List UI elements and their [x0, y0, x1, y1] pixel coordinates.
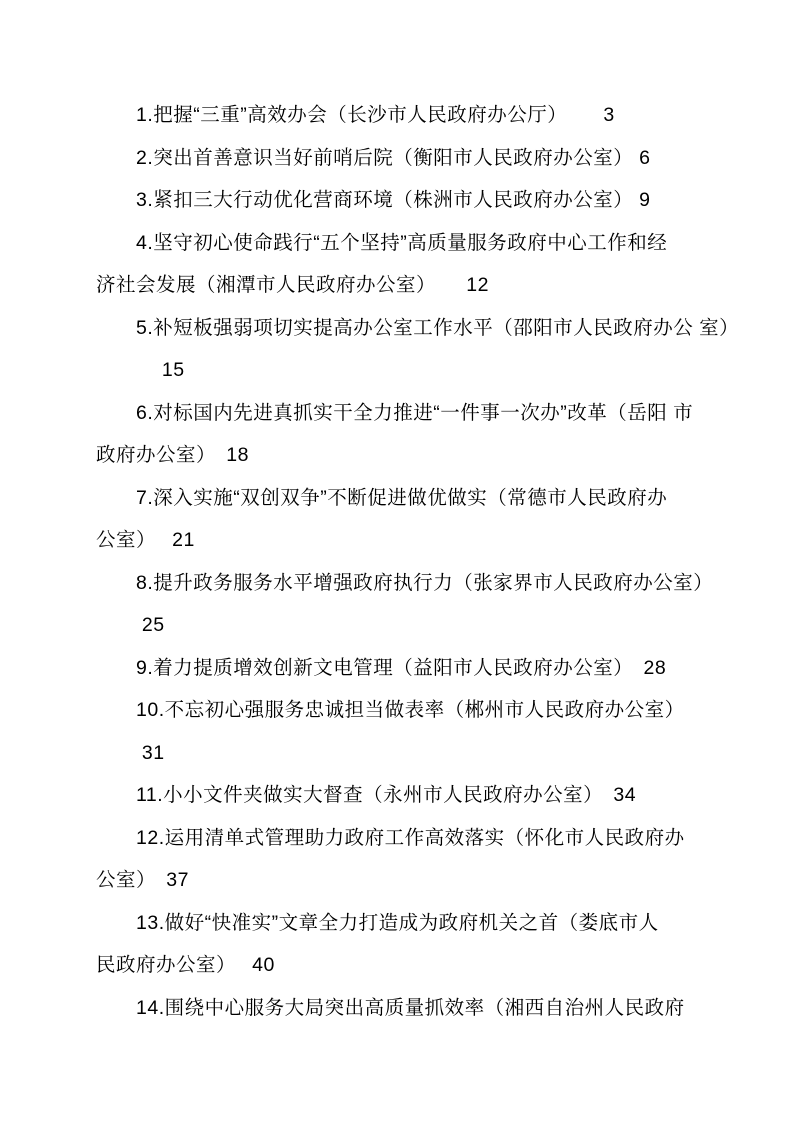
toc-line: 8.提升政务服务水平增强政府执行力（张家界市人民政府办公室） [96, 562, 736, 605]
toc-entry: 6.对标国内先进真抓实干全力推进“一件事一次办”改革（岳阳 市 政府办公室） 1… [96, 392, 736, 477]
toc-line: 25 [96, 604, 736, 647]
toc-entry: 5.补短板强弱项切实提高办公室工作水平（邵阳市人民政府办公 室） 15 [96, 307, 736, 392]
toc-entry: 14.围绕中心服务大局突出高质量抓效率（湘西自治州人民政府 [96, 987, 736, 1030]
toc-entry: 11.小小文件夹做实大督查（永州市人民政府办公室） 34 [96, 774, 736, 817]
table-of-contents: 1.把握“三重”高效办会（长沙市人民政府办公厅） 3 2.突出首善意识当好前哨后… [96, 94, 736, 1029]
toc-line: 济社会发展（湘潭市人民政府办公室） 12 [96, 264, 736, 307]
toc-line: 4.坚守初心使命践行“五个坚持”高质量服务政府中心工作和经 [96, 222, 736, 265]
toc-line: 31 [96, 732, 736, 775]
toc-entry: 1.把握“三重”高效办会（长沙市人民政府办公厅） 3 [96, 94, 736, 137]
document-page: 1.把握“三重”高效办会（长沙市人民政府办公厅） 3 2.突出首善意识当好前哨后… [0, 0, 794, 1122]
toc-entry: 4.坚守初心使命践行“五个坚持”高质量服务政府中心工作和经 济社会发展（湘潭市人… [96, 222, 736, 307]
toc-line: 9.着力提质增效创新文电管理（益阳市人民政府办公室） 28 [96, 647, 736, 690]
toc-line: 15 [96, 349, 736, 392]
toc-line: 6.对标国内先进真抓实干全力推进“一件事一次办”改革（岳阳 市 [96, 392, 736, 435]
toc-line: 11.小小文件夹做实大督查（永州市人民政府办公室） 34 [96, 774, 736, 817]
toc-line: 12.运用清单式管理助力政府工作高效落实（怀化市人民政府办 [96, 817, 736, 860]
toc-entry: 12.运用清单式管理助力政府工作高效落实（怀化市人民政府办 公室） 37 [96, 817, 736, 902]
toc-line: 10.不忘初心强服务忠诚担当做表率（郴州市人民政府办公室） [96, 689, 736, 732]
toc-entry: 7.深入实施“双创双争”不断促进做优做实（常德市人民政府办 公室） 21 [96, 477, 736, 562]
toc-line: 2.突出首善意识当好前哨后院（衡阳市人民政府办公室） 6 [96, 137, 736, 180]
toc-line: 14.围绕中心服务大局突出高质量抓效率（湘西自治州人民政府 [96, 987, 736, 1030]
toc-line: 7.深入实施“双创双争”不断促进做优做实（常德市人民政府办 [96, 477, 736, 520]
toc-line: 公室） 21 [96, 519, 736, 562]
toc-line: 公室） 37 [96, 859, 736, 902]
toc-entry: 2.突出首善意识当好前哨后院（衡阳市人民政府办公室） 6 [96, 137, 736, 180]
toc-line: 民政府办公室） 40 [96, 944, 736, 987]
toc-entry: 8.提升政务服务水平增强政府执行力（张家界市人民政府办公室） 25 [96, 562, 736, 647]
toc-entry: 13.做好“快准实”文章全力打造成为政府机关之首（娄底市人 民政府办公室） 40 [96, 902, 736, 987]
toc-line: 3.紧扣三大行动优化营商环境（株洲市人民政府办公室） 9 [96, 179, 736, 222]
toc-entry: 9.着力提质增效创新文电管理（益阳市人民政府办公室） 28 [96, 647, 736, 690]
toc-line: 13.做好“快准实”文章全力打造成为政府机关之首（娄底市人 [96, 902, 736, 945]
toc-entry: 3.紧扣三大行动优化营商环境（株洲市人民政府办公室） 9 [96, 179, 736, 222]
toc-line: 5.补短板强弱项切实提高办公室工作水平（邵阳市人民政府办公 室） [96, 307, 736, 350]
toc-line: 1.把握“三重”高效办会（长沙市人民政府办公厅） 3 [96, 94, 736, 137]
toc-line: 政府办公室） 18 [96, 434, 736, 477]
toc-entry: 10.不忘初心强服务忠诚担当做表率（郴州市人民政府办公室） 31 [96, 689, 736, 774]
